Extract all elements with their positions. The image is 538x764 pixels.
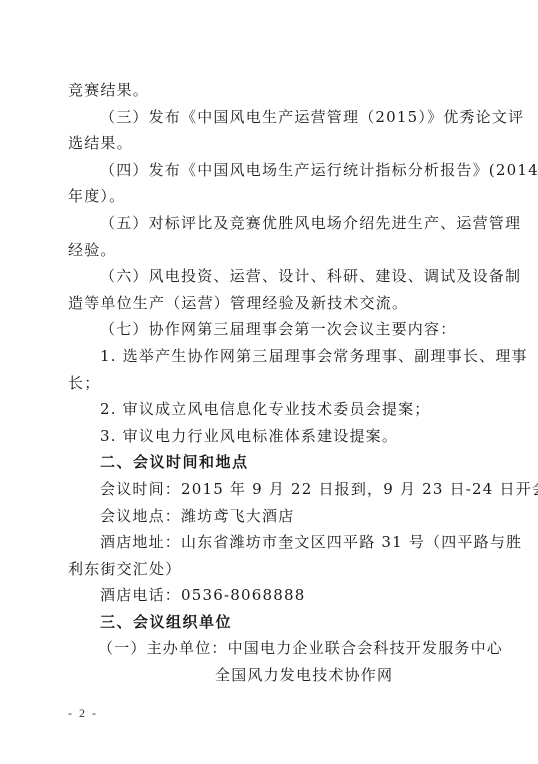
text-line: 年度）。 [68, 183, 472, 210]
document-page: 竞赛结果。 （三）发布《中国风电生产运营管理（2015）》优秀论文评 选结果。 … [0, 0, 538, 764]
text-line: 2. 审议成立风电信息化专业技术委员会提案； [68, 396, 472, 423]
organizer-line-continued: 全国风力发电技术协作网 [68, 662, 472, 689]
section-heading: 二、会议时间和地点 [68, 449, 472, 476]
text-line: 竞赛结果。 [68, 77, 472, 104]
hotel-address: 酒店地址：山东省潍坊市奎文区四平路 31 号（四平路与胜 [68, 529, 472, 556]
page-number: - 2 - [68, 706, 98, 721]
document-body: 竞赛结果。 （三）发布《中国风电生产运营管理（2015）》优秀论文评 选结果。 … [68, 77, 472, 689]
text-line: 3. 审议电力行业风电标准体系建设提案。 [68, 423, 472, 450]
text-line: （三）发布《中国风电生产运营管理（2015）》优秀论文评 [68, 104, 472, 131]
text-line: （四）发布《中国风电场生产运行统计指标分析报告》(2014 [68, 157, 472, 184]
meeting-time: 会议时间：2015 年 9 月 22 日报到，9 月 23 日-24 日开会 [68, 476, 472, 503]
hotel-address-continued: 利东街交汇处） [68, 556, 472, 583]
text-line: （七）协作网第三届理事会第一次会议主要内容： [68, 316, 472, 343]
text-line: 选结果。 [68, 130, 472, 157]
organizer-line: （一）主办单位：中国电力企业联合会科技开发服务中心 [68, 635, 472, 662]
text-line: 造等单位生产（运营）管理经验及新技术交流。 [68, 290, 472, 317]
text-line: 经验。 [68, 237, 472, 264]
meeting-location: 会议地点：潍坊鸢飞大酒店 [68, 503, 472, 530]
text-line: （六）风电投资、运营、设计、科研、建设、调试及设备制 [68, 263, 472, 290]
hotel-phone: 酒店电话：0536-8068888 [68, 582, 472, 609]
text-line: 1. 选举产生协作网第三届理事会常务理事、副理事长、理事 [68, 343, 472, 370]
text-line: 长； [68, 370, 472, 397]
text-line: （五）对标评比及竞赛优胜风电场介绍先进生产、运营管理 [68, 210, 472, 237]
section-heading: 三、会议组织单位 [68, 609, 472, 636]
